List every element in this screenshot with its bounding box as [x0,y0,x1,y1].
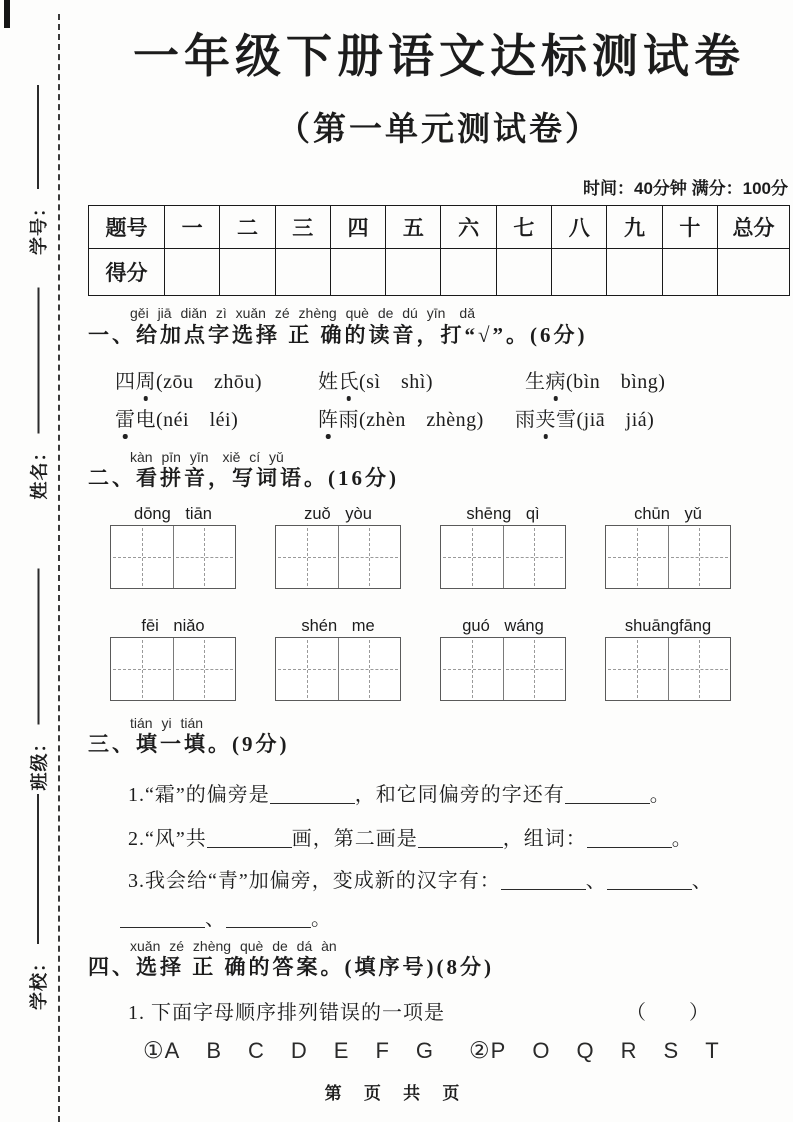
fill-text: 1.“霜”的偏旁是 [128,784,270,806]
writing-grid-cell [606,526,668,588]
letter-options-row: ①ABCDEFG②POQRST [88,1036,790,1066]
sidebar-field-xuehao: 学号： [25,85,51,255]
score-cell-empty [330,249,385,296]
score-col-header: 九 [607,206,662,249]
scan-edge-artifact [4,0,10,28]
pinyin-grid-group: shuāngfāng [605,615,731,701]
pinyin-label: fēi niǎo [110,615,236,637]
question-text: 1. 下面字母顺序排列错误的一项是 [128,996,445,1022]
score-col-header: 六 [441,206,496,249]
option-letter: A [165,1038,180,1064]
word-item: 雨夹雪(jiā jiá) [515,403,654,432]
pinyin-grid-group: zuǒ yòu [275,503,401,589]
section3-heading: 三、填一填。(9分) [88,731,790,757]
page-footer: 第 页 共 页 [0,1079,793,1104]
word-pre: 雨 [515,409,536,431]
pinyin-label: chūn yǔ [605,503,731,525]
dotted-character: 雷 [115,403,136,432]
pinyin-grid-group: guó wáng [440,615,566,701]
fill-blank [418,828,503,848]
fill-item: 1.“霜”的偏旁是，和它同偏旁的字还有。 [88,778,790,806]
pinyin-grid-group: dōng tiān [110,503,236,589]
fill-line [38,288,40,434]
dotted-character: 阵 [318,403,339,432]
score-table-header-row: 题号一二三四五六七八九十总分 [89,206,790,249]
score-cell-empty [386,249,441,296]
section2-pinyin: kàn pīn yīn xiě cí yǔ [88,449,790,465]
binding-dashed-line [58,14,60,1122]
fill-item: 3.我会给“青”加偏旁，变成新的汉字有：、、 [88,864,790,892]
score-col-header: 三 [275,206,330,249]
word-item: 四周(zōu zhōu) [115,365,318,394]
fill-text: 。 [672,828,693,850]
word-rest: (sì shì) [359,371,433,393]
section1-pinyin: gěi jiā diǎn zì xuǎn zé zhèng què de dú … [88,305,790,321]
writing-grid [110,637,236,701]
score-table-corner-label: 题号 [89,206,165,249]
score-cell-empty [552,249,607,296]
word-rest: (zōu zhōu) [156,371,262,393]
fill-text: 画，第二画是 [292,828,418,850]
writing-grid-cell [111,638,173,700]
score-col-header: 七 [496,206,551,249]
option-letter: S [664,1038,679,1064]
writing-grid [605,525,731,589]
score-cell-empty [275,249,330,296]
paper-title: 一年级下册语文达标测试卷 [88,30,790,83]
option-group: ②POQRST [469,1037,719,1064]
writing-grid-cell [173,638,236,700]
answer-bracket: （ ） [626,996,710,1022]
score-col-header: 一 [165,206,220,249]
writing-grid [275,637,401,701]
option-letter: F [375,1038,388,1064]
score-col-header: 四 [330,206,385,249]
writing-grid-cell [503,526,566,588]
fill-text: 3.我会给“青”加偏旁，变成新的汉字有： [128,870,501,892]
fill-text: 、 [205,908,226,930]
score-col-header: 十 [662,206,717,249]
fill-blank [226,908,311,928]
pinyin-grid-group: fēi niǎo [110,615,236,701]
score-cell-empty [607,249,662,296]
score-cell-empty [662,249,717,296]
sidebar-field-label: 姓名： [26,443,52,500]
option-letter: D [291,1038,307,1064]
section1-word-row: 雷电(néi léi)阵雨(zhèn zhèng)雨夹雪(jiā jiá) [88,403,790,433]
dotted-character: 周 [136,365,157,394]
pinyin-label: zuǒ yòu [275,503,401,525]
writing-grid [110,525,236,589]
writing-grid-cell [111,526,173,588]
fill-text: 、 [586,870,607,892]
score-col-header: 二 [220,206,275,249]
score-cell-empty [165,249,220,296]
paper-content: 一年级下册语文达标测试卷 （第一单元测试卷） 时间：40分钟 满分：100分 题… [88,0,790,1066]
fill-blank [565,784,650,804]
writing-grid-cell [173,526,236,588]
time-score-info: 时间：40分钟 满分：100分 [88,174,790,199]
fill-line [38,569,40,725]
dotted-character: 氏 [339,365,360,394]
word-pre: 姓 [318,371,339,393]
word-item: 阵雨(zhèn zhèng) [318,403,515,432]
writing-grid-cell [668,526,731,588]
pinyin-grid-row: fēi niǎoshén meguó wángshuāngfāng [88,615,790,701]
writing-grid-cell [276,638,338,700]
writing-grid-cell [441,526,503,588]
fill-text: ，和它同偏旁的字还有 [355,784,565,806]
score-cell-empty [220,249,275,296]
word-rest: 雨(zhèn zhèng) [339,409,484,431]
dotted-character: 病 [546,365,567,394]
writing-grid-cell [338,638,401,700]
score-table: 题号一二三四五六七八九十总分 得分 [88,205,790,296]
pinyin-label: shuāngfāng [605,615,731,637]
writing-grid-cell [503,638,566,700]
fill-line [37,794,39,944]
word-item: 雷电(néi léi) [115,403,318,432]
pinyin-grid-row: dōng tiānzuǒ yòushēng qìchūn yǔ [88,503,790,589]
word-rest: (bìn bìng) [566,371,665,393]
option-letter: E [334,1038,349,1064]
writing-grid-cell [668,638,731,700]
fill-text: 。 [311,908,332,930]
score-cell-empty [496,249,551,296]
option-letter: T [705,1038,718,1064]
score-cell-empty [441,249,496,296]
fill-line [37,85,39,189]
word-rest: 雪(jiā jiá) [556,409,654,431]
option-letter: Q [576,1038,593,1064]
fill-item-continuation: 、。 [88,902,790,930]
score-col-header: 八 [552,206,607,249]
sidebar-field-xingming: 姓名： [26,285,52,500]
writing-grid-cell [606,638,668,700]
sidebar-field-xuexiao: 学校： [25,790,51,1010]
word-rest: 电(néi léi) [136,409,239,431]
option-number-mark: ① [143,1037,164,1064]
option-letter: B [206,1038,221,1064]
writing-grid-cell [441,638,503,700]
sidebar-field-label: 班级： [26,734,52,791]
option-letter: O [532,1038,549,1064]
section4-question1: 1. 下面字母顺序排列错误的一项是 （ ） [88,996,790,1022]
score-cell-empty [718,249,790,296]
option-group: ①ABCDEFG [143,1037,433,1064]
writing-grid [440,637,566,701]
word-pre: 生 [525,371,546,393]
option-letter: C [248,1038,264,1064]
writing-grid [275,525,401,589]
fill-blank [270,784,355,804]
fill-text: 。 [650,784,671,806]
pinyin-grid-group: shēng qì [440,503,566,589]
pinyin-label: dōng tiān [110,503,236,525]
section4-heading: 四、选择 正 确的答案。(填序号)(8分) [88,954,790,980]
writing-grid [440,525,566,589]
score-table-score-row: 得分 [89,249,790,296]
fill-text: 2.“风”共 [128,828,207,850]
sidebar-field-label: 学号： [25,198,51,255]
writing-grid-cell [338,526,401,588]
pinyin-label: guó wáng [440,615,566,637]
option-number-mark: ② [469,1037,490,1064]
section3-pinyin: tián yi tián [88,715,790,731]
section1-heading: 一、给加点字选择 正 确的读音，打“√”。(6分) [88,322,790,348]
section4-pinyin: xuǎn zé zhèng què de dá àn [88,938,790,954]
score-row-label: 得分 [89,249,165,296]
fill-text: 、 [692,870,713,892]
fill-blank [587,828,672,848]
writing-grid-cell [276,526,338,588]
word-item: 姓氏(sì shì) [318,365,525,394]
word-pre: 四 [115,371,136,393]
pinyin-grid-group: chūn yǔ [605,503,731,589]
pinyin-label: shén me [275,615,401,637]
sidebar-field-banji: 班级： [26,566,52,791]
score-col-header: 五 [386,206,441,249]
option-letter: R [621,1038,637,1064]
score-col-header: 总分 [718,206,790,249]
pinyin-grid-group: shén me [275,615,401,701]
pinyin-label: shēng qì [440,503,566,525]
fill-text: ，组词： [503,828,587,850]
writing-grid [605,637,731,701]
dotted-character: 夹 [536,403,557,432]
section2-heading: 二、看拼音，写词语。(16分) [88,465,790,491]
fill-blank [501,870,586,890]
section1-word-row: 四周(zōu zhōu)姓氏(sì shì)生病(bìn bìng) [88,365,790,395]
fill-blank [207,828,292,848]
word-item: 生病(bìn bìng) [525,365,665,394]
fill-item: 2.“风”共画，第二画是，组词：。 [88,822,790,850]
option-letter: G [416,1038,433,1064]
sidebar-field-label: 学校： [25,953,51,1010]
fill-blank [120,908,205,928]
option-letter: P [491,1038,506,1064]
fill-blank [607,870,692,890]
test-paper-page: 学号：姓名：班级：学校： 一年级下册语文达标测试卷 （第一单元测试卷） 时间：4… [0,0,793,1122]
paper-subtitle: （第一单元测试卷） [88,109,790,149]
